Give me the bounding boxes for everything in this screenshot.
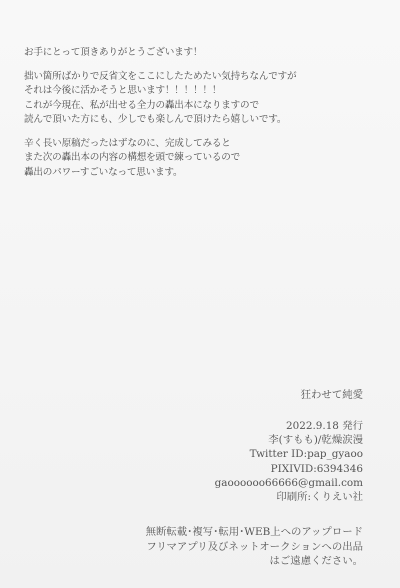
printer-name: 印刷所:くりえい社 <box>215 490 363 504</box>
colophon: 狂わせて純愛 2022.9.18 発行 李(すもも)/乾燥涙漫 Twitter … <box>215 388 363 504</box>
pixiv-id: PIXIVID:6394346 <box>215 462 363 476</box>
afterword-line: また次の轟出本の内容の構想を頭で練っているので <box>24 151 296 166</box>
publish-date: 2022.9.18 発行 <box>215 419 363 433</box>
afterword-paragraph: 拙い箇所ばかりで反省文をここにしたためたい気持ちなんですが それは今後に活かそう… <box>24 70 296 128</box>
book-title: 狂わせて純愛 <box>215 388 363 402</box>
afterword-line: これが今現在、私が出せる全力の轟出本になりますので <box>24 99 296 114</box>
copyright-notice: 無断転載･複写･転用･WEB上へのアップロード フリマアプリ及びネットオークショ… <box>146 525 363 569</box>
afterword-text: お手にとって頂きありがとうございます！ 拙い箇所ばかりで反省文をここにしたためた… <box>24 46 296 189</box>
afterword-paragraph: お手にとって頂きありがとうございます！ <box>24 46 296 61</box>
afterword-line: 読んで頂いた方にも、少しでも楽しんで頂けたら嬉しいです。 <box>24 113 296 128</box>
notice-line: 無断転載･複写･転用･WEB上へのアップロード <box>146 525 363 540</box>
afterword-line: お手にとって頂きありがとうございます！ <box>24 46 296 61</box>
email-address: gaoooooo66666@gmail.com <box>215 476 363 490</box>
author-name: 李(すもも)/乾燥涙漫 <box>215 433 363 447</box>
afterword-line: 轟出のパワーすごいなって思います。 <box>24 166 296 181</box>
afterword-line: 拙い箇所ばかりで反省文をここにしたためたい気持ちなんですが <box>24 70 296 85</box>
afterword-paragraph: 辛く長い原稿だったはずなのに、完成してみると また次の轟出本の内容の構想を頭で練… <box>24 137 296 181</box>
afterword-line: それは今後に活かそうと思います！！！！！！ <box>24 84 296 99</box>
afterword-line: 辛く長い原稿だったはずなのに、完成してみると <box>24 137 296 152</box>
book-page: お手にとって頂きありがとうございます！ 拙い箇所ばかりで反省文をここにしたためた… <box>0 0 400 588</box>
twitter-id: Twitter ID:pap_gyaoo <box>215 447 363 461</box>
notice-line: はご遠慮ください。 <box>146 554 363 569</box>
notice-line: フリマアプリ及びネットオークションへの出品 <box>146 540 363 555</box>
